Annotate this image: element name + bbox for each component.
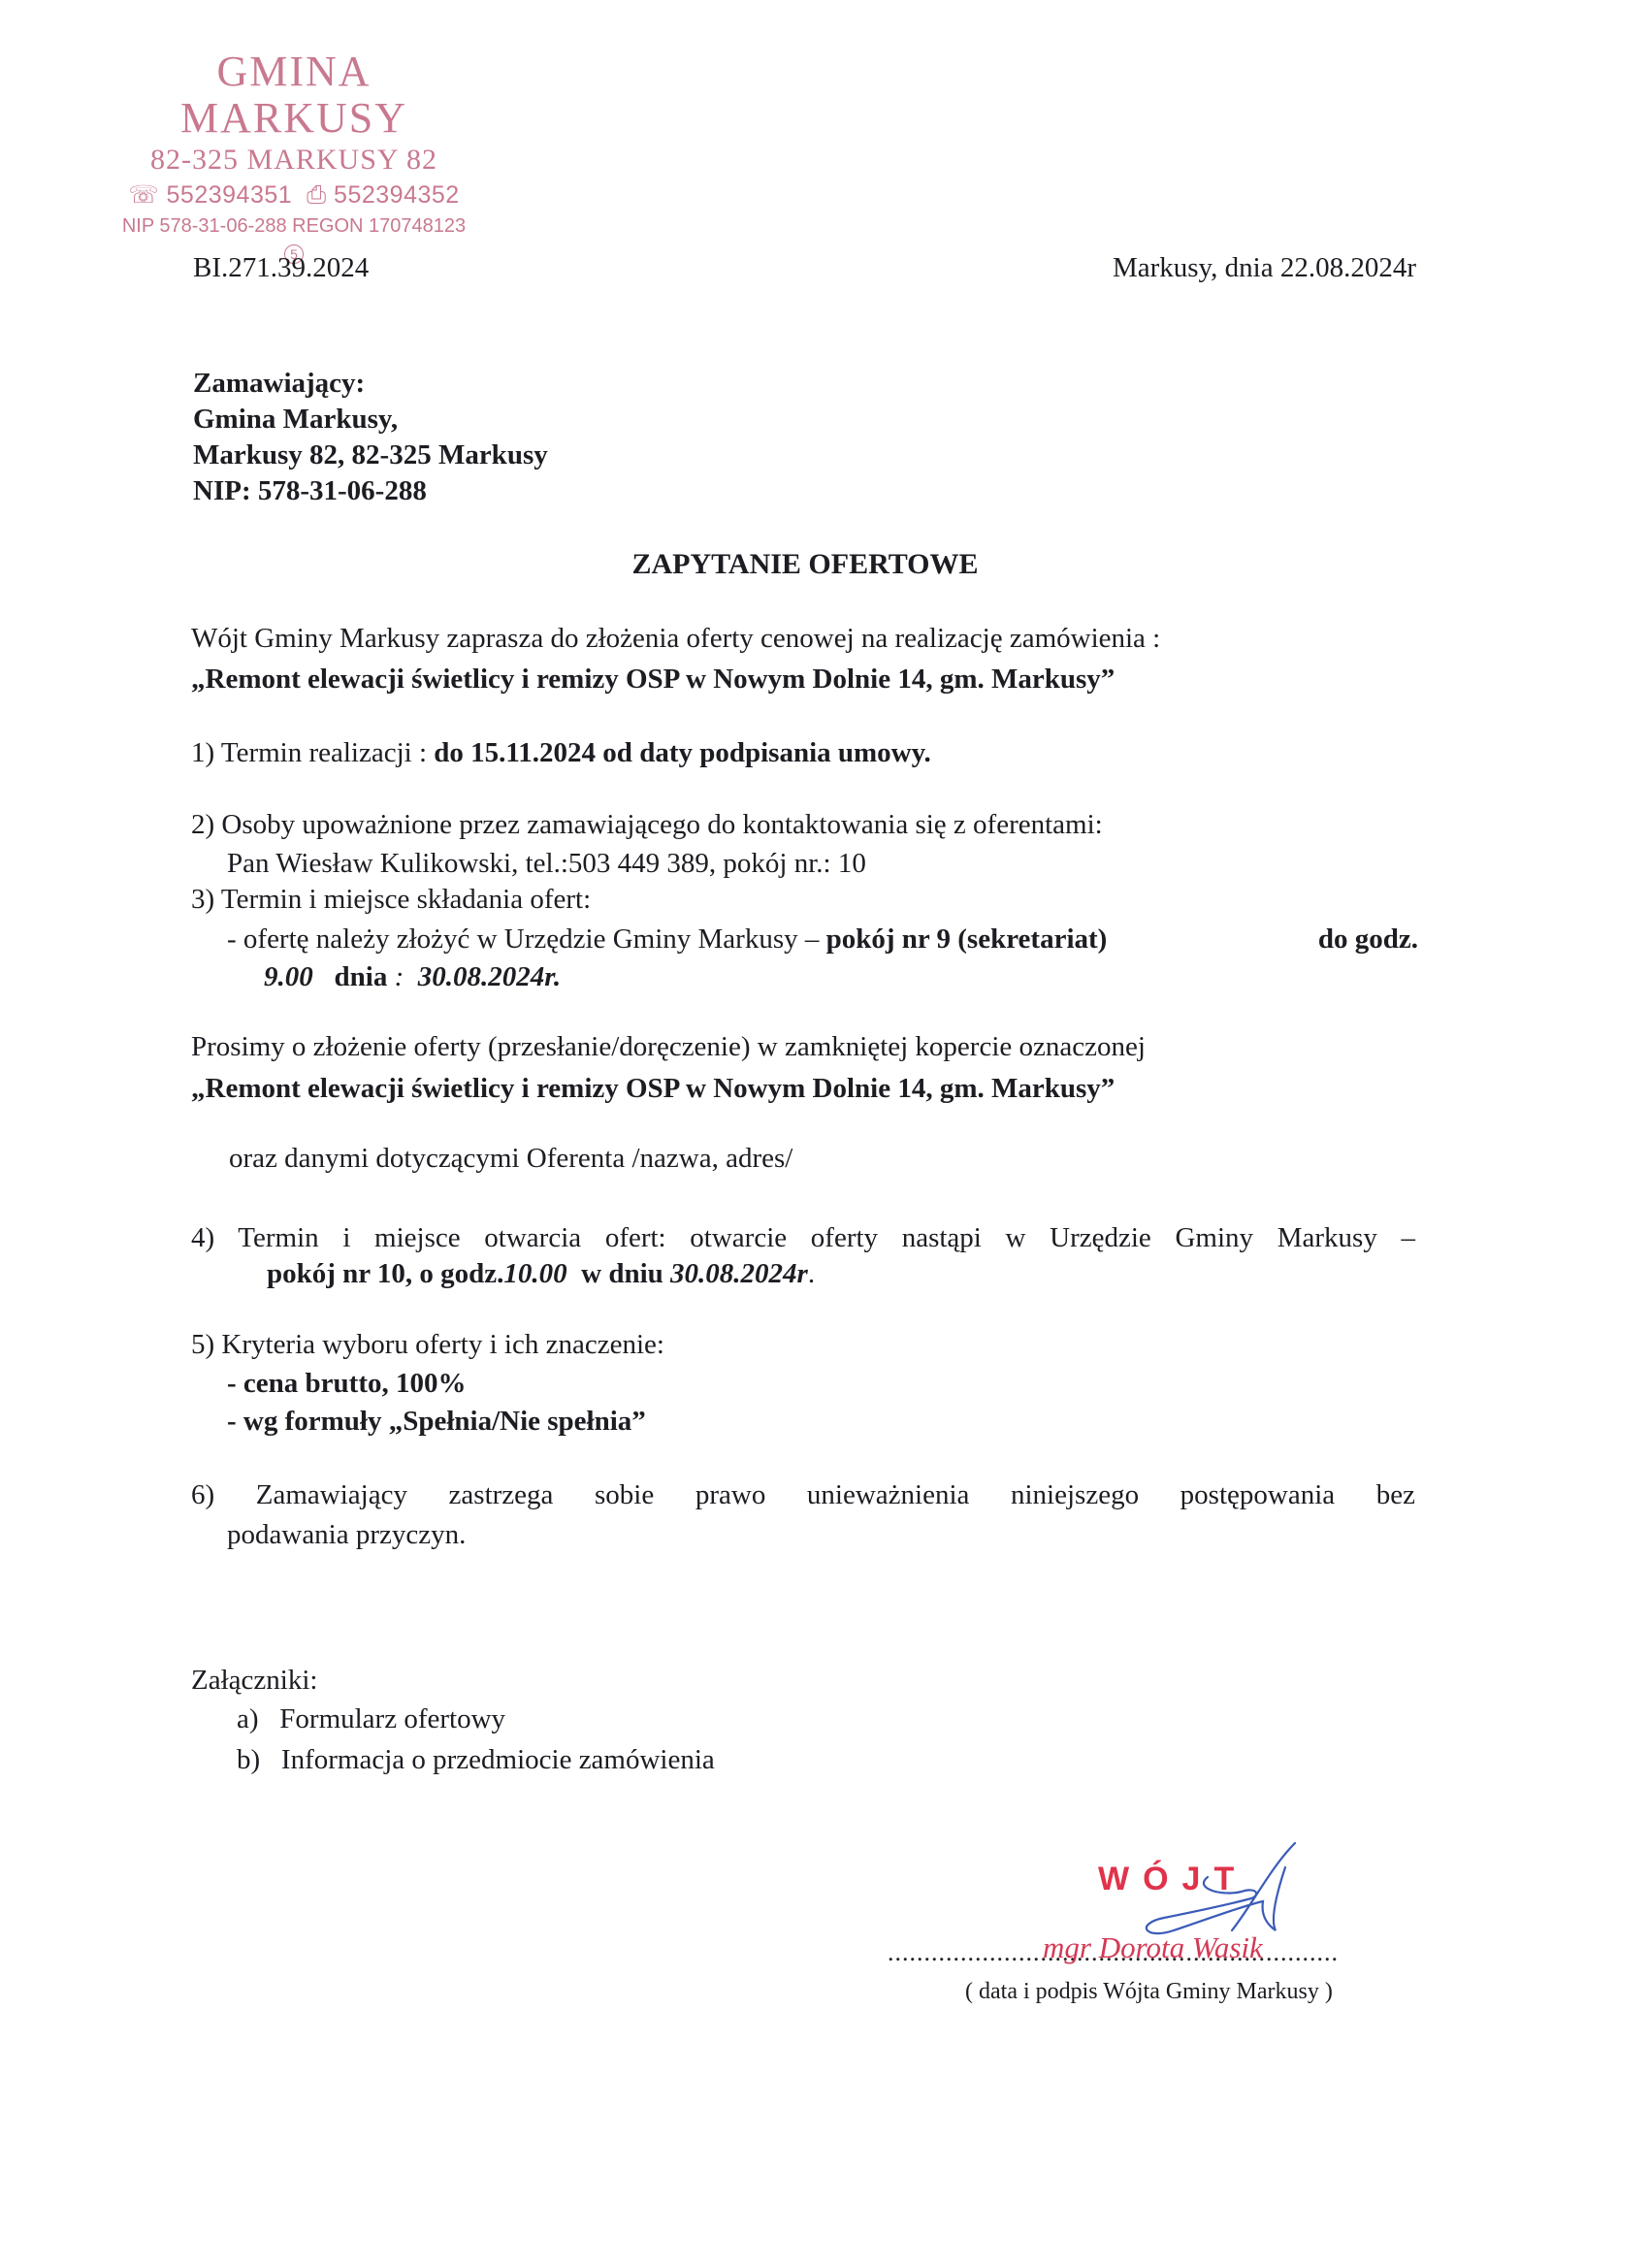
- attachment-text: Informacja o przedmiocie zamówienia: [281, 1744, 715, 1775]
- point-4-end: .: [808, 1258, 815, 1289]
- attachments-label: Załączniki:: [191, 1664, 317, 1697]
- point-3-label: 3) Termin i miejsce składania ofert:: [191, 883, 591, 916]
- buyer-label: Zamawiający:: [193, 366, 548, 402]
- attachment-item: b) Informacja o przedmiocie zamówienia: [237, 1743, 715, 1776]
- place-date: Markusy, dnia 22.08.2024r: [1113, 251, 1416, 284]
- point-4-label: 4) Termin i miejsce otwarcia ofert: otwa…: [191, 1221, 1415, 1254]
- criterion-2: - wg formuły „Spełnia/Nie spełnia”: [227, 1405, 646, 1438]
- point-3-hour: 9.00: [264, 961, 313, 992]
- point-1-label: 1) Termin realizacji :: [191, 737, 434, 768]
- envelope-text: Prosimy o złożenie oferty (przesłanie/do…: [191, 1030, 1146, 1063]
- point-3-prefix: - ofertę należy złożyć w Urzędzie Gminy …: [227, 923, 826, 955]
- criterion-1: - cena brutto, 100%: [227, 1367, 466, 1400]
- point-6-line1: 6) Zamawiający zastrzega sobie prawo uni…: [191, 1478, 1415, 1511]
- stamp-address: 82-325 MARKUSY 82: [114, 144, 473, 177]
- point-4-date: 30.08.2024r: [670, 1258, 808, 1289]
- signatory-name: mgr Dorota Wasik: [1043, 1930, 1263, 1965]
- document-title: ZAPYTANIE OFERTOWE: [0, 548, 1610, 581]
- stamp-phone: 552394351: [167, 181, 293, 209]
- point-2-contact: Pan Wiesław Kulikowski, tel.:503 449 389…: [227, 847, 866, 880]
- stamp-contacts: ☏ 552394351 ⎙ 552394352: [114, 180, 473, 210]
- signature-caption: ( data i podpis Wójta Gminy Markusy ): [965, 1979, 1333, 2005]
- point-2-label: 2) Osoby upoważnione przez zamawiającego…: [191, 808, 1103, 841]
- project-name: „Remont elewacji świetlicy i remizy OSP …: [191, 663, 1115, 696]
- point-3-date: 30.08.2024r.: [418, 961, 561, 992]
- buyer-nip: NIP: 578-31-06-288: [193, 473, 548, 509]
- stamp-name: GMINA MARKUSY: [114, 49, 473, 142]
- point-3-room: pokój nr 9 (sekretariat): [826, 923, 1108, 955]
- point-4-hour: 10.00: [503, 1258, 566, 1289]
- buyer-address: Markusy 82, 82-325 Markusy: [193, 437, 548, 473]
- point-4-room: pokój nr 10, o godz.: [267, 1258, 503, 1289]
- point-3-line: - ofertę należy złożyć w Urzędzie Gminy …: [227, 923, 1418, 956]
- buyer-block: Zamawiający: Gmina Markusy, Markusy 82, …: [193, 366, 548, 509]
- attachment-item: a) Formularz ofertowy: [237, 1702, 505, 1735]
- point-6-line2: podawania przyczyn.: [227, 1518, 466, 1551]
- signature-scribble-icon: [1086, 1838, 1319, 1945]
- fax-icon: ⎙: [307, 181, 327, 209]
- attachment-text: Formularz ofertowy: [279, 1703, 505, 1734]
- stamp-nip-regon: NIP 578-31-06-288 REGON 170748123: [114, 213, 473, 239]
- phone-icon: ☏: [128, 181, 159, 209]
- point-3-until: do godz.: [1318, 923, 1418, 956]
- attachment-marker: b): [237, 1744, 260, 1775]
- stamp-fax: 552394352: [334, 181, 460, 209]
- intro-text: Wójt Gminy Markusy zaprasza do złożenia …: [191, 622, 1160, 655]
- buyer-name: Gmina Markusy,: [193, 402, 548, 437]
- point-3-day-label: dnia: [335, 961, 388, 992]
- envelope-project: „Remont elewacji świetlicy i remizy OSP …: [191, 1072, 1115, 1105]
- point-5-label: 5) Kryteria wyboru oferty i ich znaczeni…: [191, 1328, 664, 1361]
- point-1: 1) Termin realizacji : do 15.11.2024 od …: [191, 736, 931, 769]
- envelope-data-line: oraz danymi dotyczącymi Oferenta /nazwa,…: [229, 1142, 792, 1175]
- point-4-detail: pokój nr 10, o godz.10.00 w dniu 30.08.2…: [267, 1257, 815, 1290]
- attachment-marker: a): [237, 1703, 259, 1734]
- municipality-stamp: GMINA MARKUSY 82-325 MARKUSY 82 ☏ 552394…: [114, 49, 473, 264]
- reference-number: BI.271.39.2024: [193, 251, 369, 284]
- point-1-value: do 15.11.2024 od daty podpisania umowy.: [434, 737, 930, 768]
- point-4-day-label: w dniu: [581, 1258, 663, 1289]
- point-3-deadline: 9.00 dnia : 30.08.2024r.: [264, 960, 561, 993]
- point-3-colon: :: [395, 961, 404, 992]
